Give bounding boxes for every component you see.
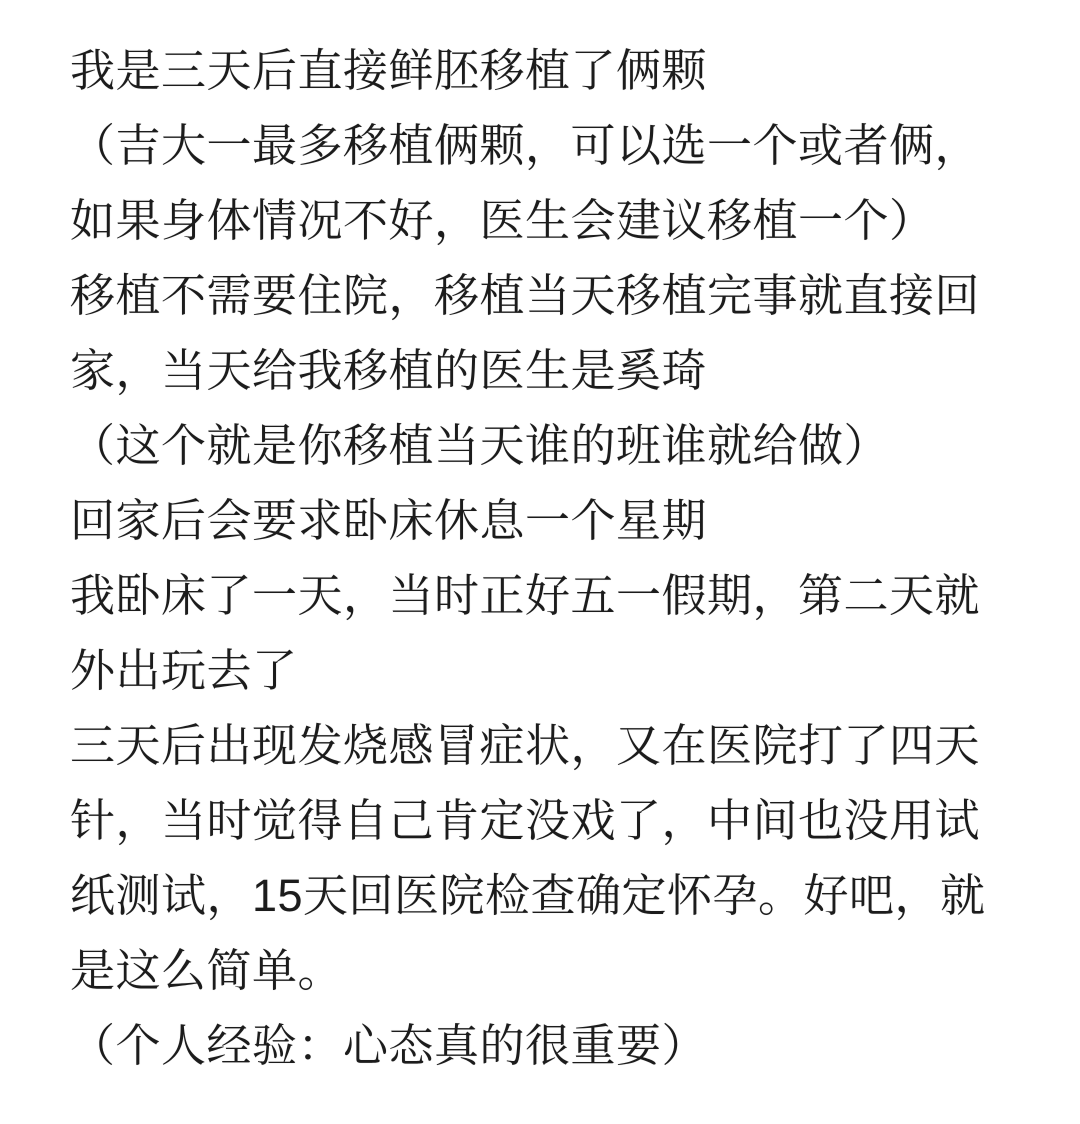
text-line-3: 如果身体情况不好，医生会建议移植一个） [70, 183, 1040, 258]
text-line-7: 回家后会要求卧床休息一个星期 [70, 483, 1040, 558]
text-line-11: 针，当时觉得自己肯定没戏了，中间也没用试 [70, 783, 1040, 858]
text-line-6: （这个就是你移植当天谁的班谁就给做） [70, 408, 1040, 483]
text-post-page: 我是三天后直接鲜胚移植了俩颗 （吉大一最多移植俩颗，可以选一个或者俩， 如果身体… [0, 0, 1080, 1124]
text-line-14: （个人经验：心态真的很重要） [70, 1008, 1040, 1083]
text-line-12: 纸测试，15天回医院检查确定怀孕。好吧，就 [70, 858, 1040, 933]
text-line-5: 家，当天给我移植的医生是奚琦 [70, 333, 1040, 408]
text-line-8: 我卧床了一天，当时正好五一假期，第二天就 [70, 558, 1040, 633]
text-line-4: 移植不需要住院，移植当天移植完事就直接回 [70, 258, 1040, 333]
text-line-10: 三天后出现发烧感冒症状，又在医院打了四天 [70, 708, 1040, 783]
text-line-9: 外出玩去了 [70, 633, 1040, 708]
text-line-1: 我是三天后直接鲜胚移植了俩颗 [70, 33, 1040, 108]
text-line-13: 是这么简单。 [70, 933, 1040, 1008]
post-body-text: 我是三天后直接鲜胚移植了俩颗 （吉大一最多移植俩颗，可以选一个或者俩， 如果身体… [70, 33, 1040, 1083]
text-line-2: （吉大一最多移植俩颗，可以选一个或者俩， [70, 108, 1040, 183]
